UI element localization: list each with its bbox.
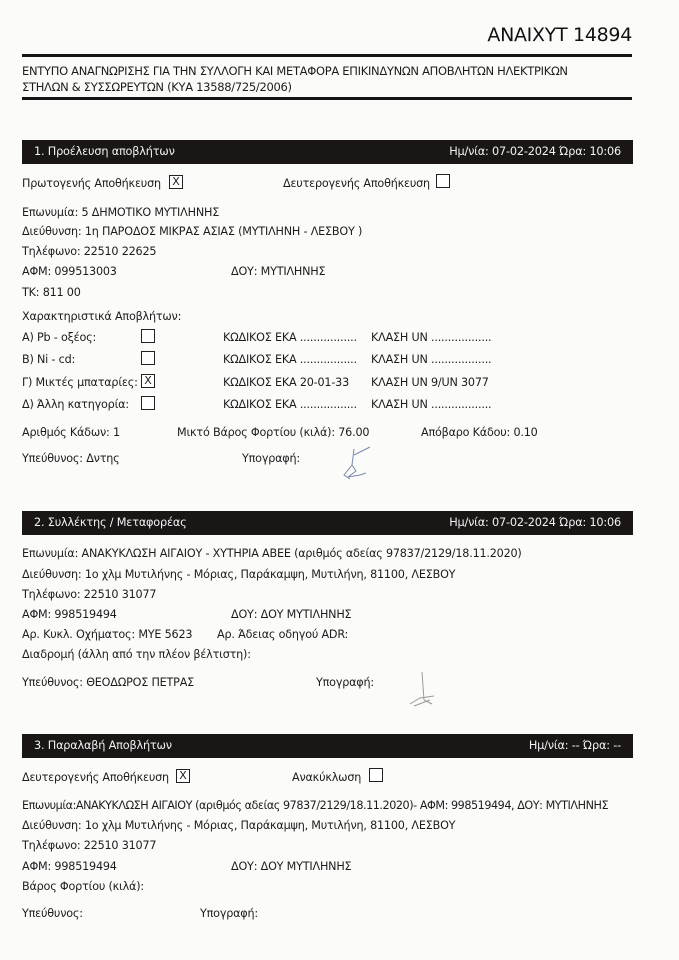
- primary-storage-label: Πρωτογενής Αποθήκευση: [22, 177, 161, 190]
- waste-type-un: ΚΛΑΣΗ UN 9/UN 3077: [371, 376, 489, 389]
- collector-signature-label: Υπογραφή:: [316, 676, 374, 689]
- receiver-responsible: Υπεύθυνος:: [22, 907, 83, 920]
- primary-storage-checkbox[interactable]: X: [169, 175, 183, 189]
- collector-address: Διεύθυνση: 1ο χλμ Μυτιλήνης - Μόριας, Πα…: [22, 568, 455, 581]
- form-title-line-2: ΣΤΗΛΩΝ & ΣΥΣΣΩΡΕΥΤΩΝ (ΚΥΑ 13588/725/2006…: [22, 79, 632, 95]
- waste-type-checkbox[interactable]: [141, 396, 155, 410]
- waste-type-un: ΚΛΑΣΗ UN ..................: [371, 398, 491, 411]
- receiver-address: Διεύθυνση: 1ο χλμ Μυτιλήνης - Μόριας, Πα…: [22, 819, 455, 832]
- waste-type-eka: ΚΩΔΙΚΟΣ ΕΚΑ .................: [223, 353, 357, 366]
- waste-type-checkbox[interactable]: X: [141, 374, 155, 388]
- section-1-datetime: Ημ/νία: 07-02-2024 Ώρα: 10:06: [449, 145, 621, 158]
- receiver-signature-label: Υπογραφή:: [200, 907, 258, 920]
- waste-type-label: Γ) Μικτές μπαταρίες:: [22, 376, 138, 389]
- section-2-header: 2. Συλλέκτης / Μεταφορέας Ημ/νία: 07-02-…: [22, 511, 633, 535]
- origin-tk: ΤΚ: 811 00: [22, 286, 81, 299]
- collector-signature-image: [400, 670, 450, 715]
- section-2-datetime: Ημ/νία: 07-02-2024 Ώρα: 10:06: [449, 516, 621, 529]
- waste-type-label: Δ) Άλλη κατηγορία:: [22, 398, 129, 411]
- bins-count: Αριθμός Κάδων: 1: [22, 426, 120, 439]
- collector-doy: ΔΟΥ: ΔΟΥ ΜΥΤΙΛΗΝΗΣ: [231, 608, 351, 621]
- origin-doy: ΔΟΥ: ΜΥΤΙΛΗΝΗΣ: [231, 265, 325, 278]
- receipt-secondary-storage-label: Δευτερογενής Αποθήκευση: [22, 771, 169, 784]
- collector-afm: ΑΦΜ: 998519494: [22, 608, 117, 621]
- waste-type-eka: ΚΩΔΙΚΟΣ ΕΚΑ .................: [223, 331, 357, 344]
- section-3-datetime: Ημ/νία: -- Ώρα: --: [529, 739, 621, 752]
- waste-type-eka: ΚΩΔΙΚΟΣ ΕΚΑ 20-01-33: [223, 376, 349, 389]
- title-rule: [22, 97, 632, 100]
- section-1-header: 1. Προέλευση αποβλήτων Ημ/νία: 07-02-202…: [22, 140, 633, 164]
- vehicle-plate: Αρ. Κυκλ. Οχήματος: ΜΥΕ 5623: [22, 628, 192, 641]
- receiver-phone: Τηλέφωνο: 22510 31077: [22, 839, 156, 852]
- origin-name: Επωνυμία: 5 ΔΗΜΟΤΙΚΟ ΜΥΤΙΛΗΝΗΣ: [22, 206, 219, 219]
- waste-type-checkbox[interactable]: [141, 351, 155, 365]
- waste-type-label: Β) Ni - cd:: [22, 353, 75, 366]
- collector-name: Επωνυμία: ΑΝΑΚΥΚΛΩΣΗ ΑΙΓΑΙΟΥ - ΧΥΤΗΡΙΑ Α…: [22, 547, 522, 560]
- section-2-title: 2. Συλλέκτης / Μεταφορέας: [34, 516, 187, 529]
- secondary-storage-checkbox[interactable]: [436, 174, 450, 188]
- receiver-afm: ΑΦΜ: 998519494: [22, 860, 117, 873]
- gross-weight: Μικτό Βάρος Φορτίου (κιλά): 76.00: [177, 426, 369, 439]
- origin-phone: Τηλέφωνο: 22510 22625: [22, 245, 156, 258]
- waste-type-eka: ΚΩΔΙΚΟΣ ΕΚΑ .................: [223, 398, 357, 411]
- section-3-header: 3. Παραλαβή Αποβλήτων Ημ/νία: -- Ώρα: --: [22, 734, 633, 758]
- waste-type-checkbox[interactable]: [141, 329, 155, 343]
- section-1-title: 1. Προέλευση αποβλήτων: [34, 145, 175, 158]
- waste-type-un: ΚΛΑΣΗ UN ..................: [371, 353, 491, 366]
- receiver-weight: Βάρος Φορτίου (κιλά):: [22, 880, 144, 893]
- receiver-doy: ΔΟΥ: ΔΟΥ ΜΥΤΙΛΗΝΗΣ: [231, 860, 351, 873]
- document-id: ΑΝΑΙΧΥΤ 14894: [487, 24, 632, 46]
- collector-responsible: Υπεύθυνος: ΘΕΟΔΩΡΟΣ ΠΕΤΡΑΣ: [22, 676, 194, 689]
- adr-license: Αρ. Άδειας οδηγού ADR:: [217, 628, 348, 641]
- receipt-secondary-storage-checkbox[interactable]: X: [176, 769, 190, 783]
- route: Διαδρομή (άλλη από την πλέον βέλτιστη):: [22, 648, 251, 661]
- origin-signature-image: [330, 445, 390, 495]
- recycling-checkbox[interactable]: [369, 768, 383, 782]
- secondary-storage-label: Δευτερογενής Αποθήκευση: [283, 177, 430, 190]
- origin-afm: ΑΦΜ: 099513003: [22, 265, 117, 278]
- form-title: ΕΝΤΥΠΟ ΑΝΑΓΝΩΡΙΣΗΣ ΓΙΑ ΤΗΝ ΣΥΛΛΟΓΗ ΚΑΙ Μ…: [22, 63, 632, 95]
- recycling-label: Ανακύκλωση: [292, 771, 361, 784]
- origin-signature-label: Υπογραφή:: [242, 452, 300, 465]
- characteristics-label: Χαρακτηριστικά Αποβλήτων:: [22, 310, 181, 323]
- waste-type-label: Α) Pb - οξέος:: [22, 331, 96, 344]
- bin-tare: Απόβαρο Κάδου: 0.10: [421, 426, 538, 439]
- collector-phone: Τηλέφωνο: 22510 31077: [22, 588, 156, 601]
- origin-responsible: Υπεύθυνος: Δντης: [22, 452, 120, 465]
- origin-address: Διεύθυνση: 1η ΠΑΡΟΔΟΣ ΜΙΚΡΑΣ ΑΣΙΑΣ (ΜΥΤΙ…: [22, 225, 362, 238]
- section-3-title: 3. Παραλαβή Αποβλήτων: [34, 739, 172, 752]
- receiver-name: Επωνυμία:ΑΝΑΚΥΚΛΩΣΗ ΑΙΓΑΙΟΥ (αριθμός αδε…: [22, 799, 608, 812]
- top-rule: [22, 54, 632, 57]
- form-title-line-1: ΕΝΤΥΠΟ ΑΝΑΓΝΩΡΙΣΗΣ ΓΙΑ ΤΗΝ ΣΥΛΛΟΓΗ ΚΑΙ Μ…: [22, 63, 632, 79]
- waste-type-un: ΚΛΑΣΗ UN ..................: [371, 331, 491, 344]
